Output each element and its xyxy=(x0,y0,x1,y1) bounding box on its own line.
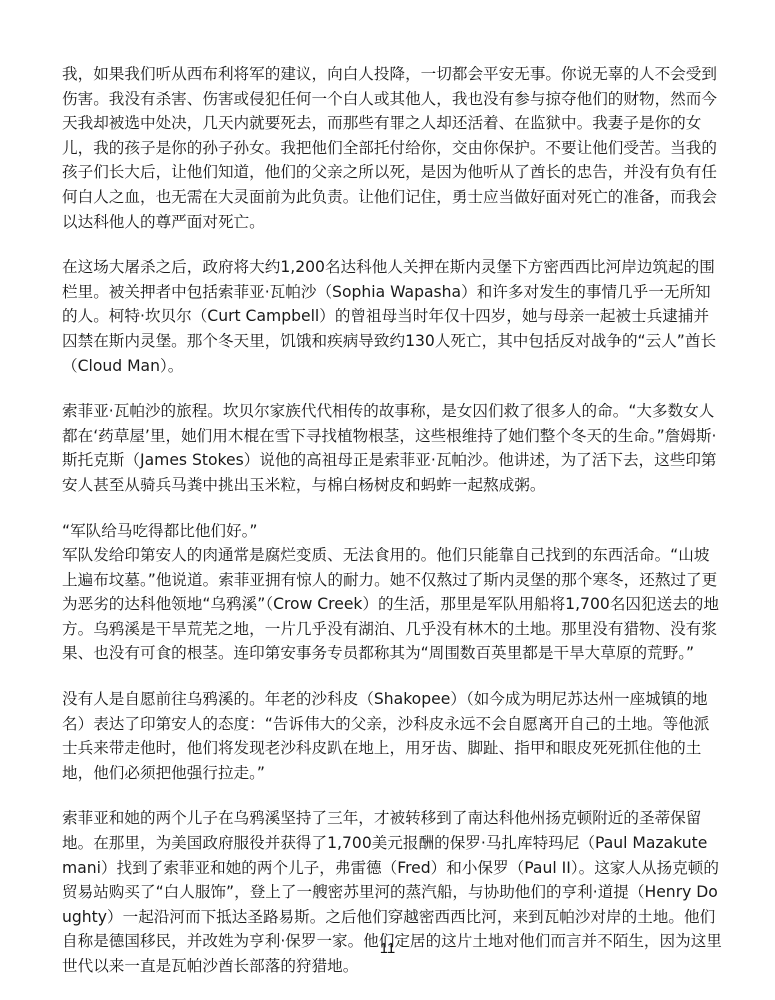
paragraph-shakopee: 没有人是自愿前往乌鸦溪的。年老的沙科皮（Shakopee）（如今成为明尼苏达州一… xyxy=(62,687,722,785)
paragraph-journey: 索菲亚·瓦帕沙的旅程。坎贝尔家族代代相传的故事称，是女囚们救了很多人的命。“大多… xyxy=(62,399,722,497)
paragraph-aftermath: 在这场大屠杀之后，政府将大约1,200名达科他人关押在斯内灵堡下方密西西比河岸边… xyxy=(62,255,722,378)
document-page: 我，如果我们听从西布利将军的建议，向白人投降，一切都会平安无事。你说无辜的人不会… xyxy=(62,62,722,1000)
paragraph-quote: “军队给马吃得都比他们好。” xyxy=(62,519,722,544)
page-number: 11 xyxy=(0,940,775,957)
paragraph-crow-creek: 军队发给印第安人的肉通常是腐烂变质、无法食用的。他们只能靠自己找到的东西活命。“… xyxy=(62,543,722,666)
paragraph-speech: 我，如果我们听从西布利将军的建议，向白人投降，一切都会平安无事。你说无辜的人不会… xyxy=(62,62,722,234)
